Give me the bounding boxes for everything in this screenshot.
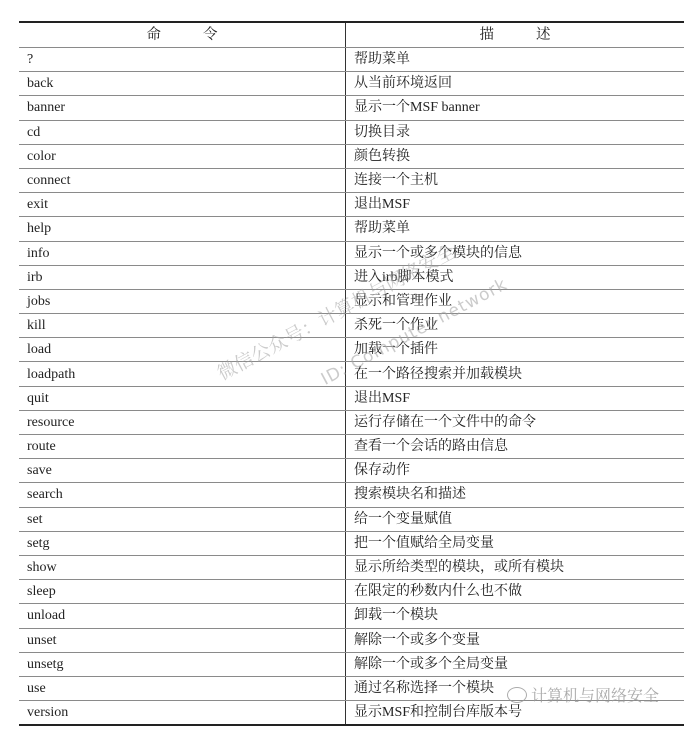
command-cell: exit: [19, 193, 346, 217]
description-cell: 搜索模块名和描述: [346, 483, 685, 507]
table-row: unsetg解除一个或多个全局变量: [19, 652, 684, 676]
table-row: resource运行存储在一个文件中的命令: [19, 410, 684, 434]
table-row: save保存动作: [19, 459, 684, 483]
command-cell: ?: [19, 48, 346, 72]
description-cell: 卸载一个模块: [346, 604, 685, 628]
description-cell: 在一个路径搜索并加载模块: [346, 362, 685, 386]
command-cell: quit: [19, 386, 346, 410]
description-cell: 连接一个主机: [346, 168, 685, 192]
table-row: kill杀死一个作业: [19, 314, 684, 338]
table-row: sleep在限定的秒数内什么也不做: [19, 580, 684, 604]
table-row: color颜色转换: [19, 144, 684, 168]
description-cell: 杀死一个作业: [346, 314, 685, 338]
description-cell: 显示一个MSF banner: [346, 96, 685, 120]
command-cell: version: [19, 701, 346, 726]
command-cell: route: [19, 435, 346, 459]
command-cell: connect: [19, 168, 346, 192]
table-row: exit退出MSF: [19, 193, 684, 217]
description-cell: 把一个值赋给全局变量: [346, 531, 685, 555]
table-row: loadpath在一个路径搜索并加载模块: [19, 362, 684, 386]
table-header-row: 命令 描述: [19, 22, 684, 48]
command-cell: info: [19, 241, 346, 265]
table-row: irb进入irb脚本模式: [19, 265, 684, 289]
header-command: 命令: [19, 22, 346, 48]
command-cell: show: [19, 555, 346, 579]
table-row: cd切换目录: [19, 120, 684, 144]
description-cell: 解除一个或多个全局变量: [346, 652, 685, 676]
table-row: route查看一个会话的路由信息: [19, 435, 684, 459]
command-cell: color: [19, 144, 346, 168]
command-cell: loadpath: [19, 362, 346, 386]
table-row: connect连接一个主机: [19, 168, 684, 192]
command-cell: save: [19, 459, 346, 483]
table-row: load加载一个插件: [19, 338, 684, 362]
description-cell: 退出MSF: [346, 386, 685, 410]
description-cell: 进入irb脚本模式: [346, 265, 685, 289]
description-cell: 从当前环境返回: [346, 72, 685, 96]
description-cell: 解除一个或多个变量: [346, 628, 685, 652]
table-row: unload卸载一个模块: [19, 604, 684, 628]
command-cell: set: [19, 507, 346, 531]
msf-command-table: 命令 描述 ?帮助菜单back从当前环境返回banner显示一个MSF bann…: [19, 21, 684, 726]
wechat-icon: [507, 687, 527, 703]
description-cell: 查看一个会话的路由信息: [346, 435, 685, 459]
command-cell: resource: [19, 410, 346, 434]
command-cell: setg: [19, 531, 346, 555]
table-row: unset解除一个或多个变量: [19, 628, 684, 652]
command-cell: search: [19, 483, 346, 507]
header-command-char2: 令: [203, 27, 218, 43]
watermark-logo-text: 计算机与网络安全: [531, 686, 659, 705]
table-row: set给一个变量赋值: [19, 507, 684, 531]
table-row: jobs显示和管理作业: [19, 289, 684, 313]
description-cell: 显示和管理作业: [346, 289, 685, 313]
command-cell: help: [19, 217, 346, 241]
watermark-logo: 计算机与网络安全: [507, 683, 659, 706]
command-cell: unload: [19, 604, 346, 628]
description-cell: 加载一个插件: [346, 338, 685, 362]
header-description-char2: 述: [536, 27, 551, 43]
description-cell: 保存动作: [346, 459, 685, 483]
command-cell: sleep: [19, 580, 346, 604]
command-cell: use: [19, 676, 346, 700]
description-cell: 帮助菜单: [346, 217, 685, 241]
description-cell: 显示一个或多个模块的信息: [346, 241, 685, 265]
description-cell: 显示所给类型的模块，或所有模块: [346, 555, 685, 579]
command-cell: unsetg: [19, 652, 346, 676]
table-row: show显示所给类型的模块，或所有模块: [19, 555, 684, 579]
description-cell: 帮助菜单: [346, 48, 685, 72]
table-row: help帮助菜单: [19, 217, 684, 241]
description-cell: 退出MSF: [346, 193, 685, 217]
command-cell: back: [19, 72, 346, 96]
description-cell: 切换目录: [346, 120, 685, 144]
table-row: back从当前环境返回: [19, 72, 684, 96]
header-description-char1: 描: [480, 27, 495, 43]
table-row: ?帮助菜单: [19, 48, 684, 72]
command-cell: banner: [19, 96, 346, 120]
description-cell: 运行存储在一个文件中的命令: [346, 410, 685, 434]
table-row: quit退出MSF: [19, 386, 684, 410]
table-row: setg把一个值赋给全局变量: [19, 531, 684, 555]
table-row: search搜索模块名和描述: [19, 483, 684, 507]
command-cell: unset: [19, 628, 346, 652]
command-cell: load: [19, 338, 346, 362]
description-cell: 颜色转换: [346, 144, 685, 168]
table-row: info显示一个或多个模块的信息: [19, 241, 684, 265]
command-cell: kill: [19, 314, 346, 338]
command-cell: irb: [19, 265, 346, 289]
command-cell: cd: [19, 120, 346, 144]
header-description: 描述: [346, 22, 685, 48]
header-command-char1: 命: [147, 27, 162, 43]
table-row: banner显示一个MSF banner: [19, 96, 684, 120]
description-cell: 给一个变量赋值: [346, 507, 685, 531]
description-cell: 在限定的秒数内什么也不做: [346, 580, 685, 604]
command-cell: jobs: [19, 289, 346, 313]
